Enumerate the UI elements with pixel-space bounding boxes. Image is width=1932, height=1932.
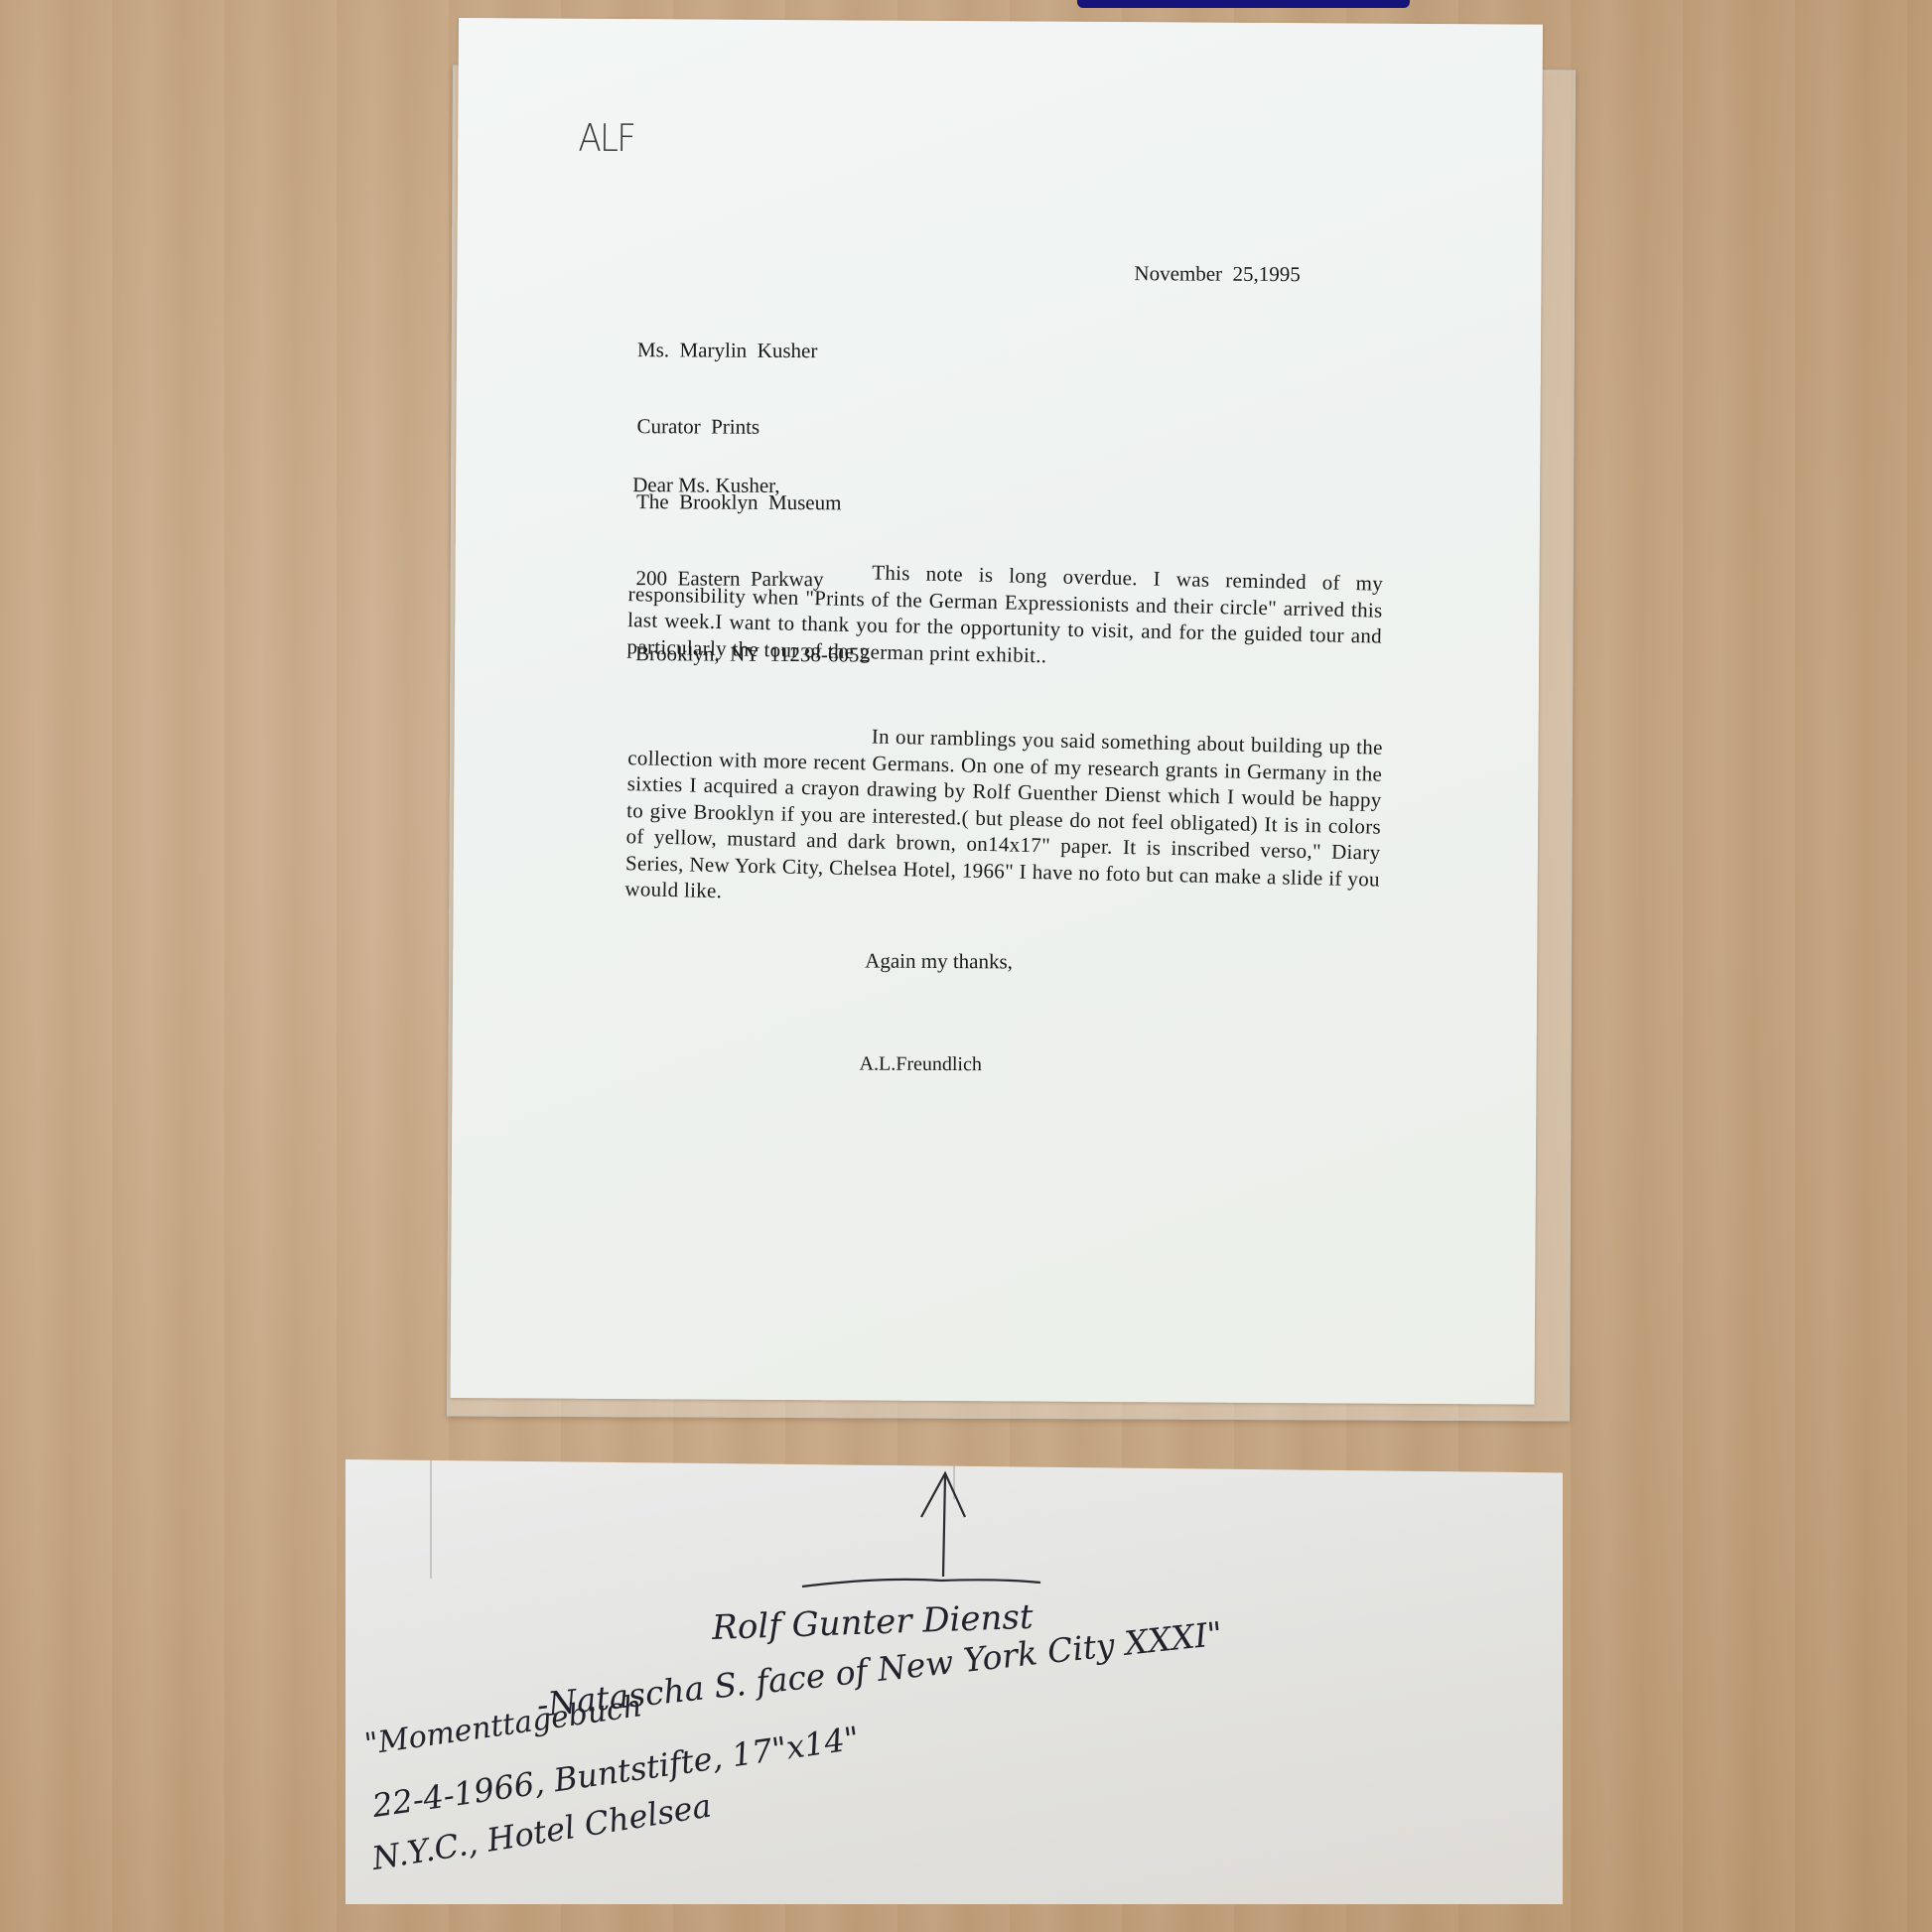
closing: Again my thanks, bbox=[865, 948, 1013, 975]
blue-folder-edge bbox=[1077, 0, 1410, 8]
handwritten-note: Rolf Gunter Dienst -Natascha S. face of … bbox=[345, 1459, 1563, 1904]
paragraph-indent bbox=[628, 574, 872, 579]
address-line: Curator Prints bbox=[636, 414, 871, 441]
letterhead-logo: ALF bbox=[578, 116, 634, 160]
greeting: Dear Ms. Kusher, bbox=[632, 472, 780, 498]
body-paragraph: This note is long overdue. I was reminde… bbox=[626, 554, 1383, 676]
signature: A.L.Freundlich bbox=[859, 1050, 981, 1077]
letter-sheet: ALF November 25,1995 Ms. Marylin Kusher … bbox=[451, 18, 1543, 1405]
body-paragraph: In our ramblings you said something abou… bbox=[624, 718, 1383, 918]
paragraph-text: In our ramblings you said something abou… bbox=[624, 724, 1383, 902]
letter-date: November 25,1995 bbox=[1134, 260, 1301, 287]
address-line: Ms. Marylin Kusher bbox=[637, 338, 872, 364]
paragraph-indent bbox=[628, 738, 872, 743]
paragraph-text: This note is long overdue. I was reminde… bbox=[626, 560, 1383, 666]
